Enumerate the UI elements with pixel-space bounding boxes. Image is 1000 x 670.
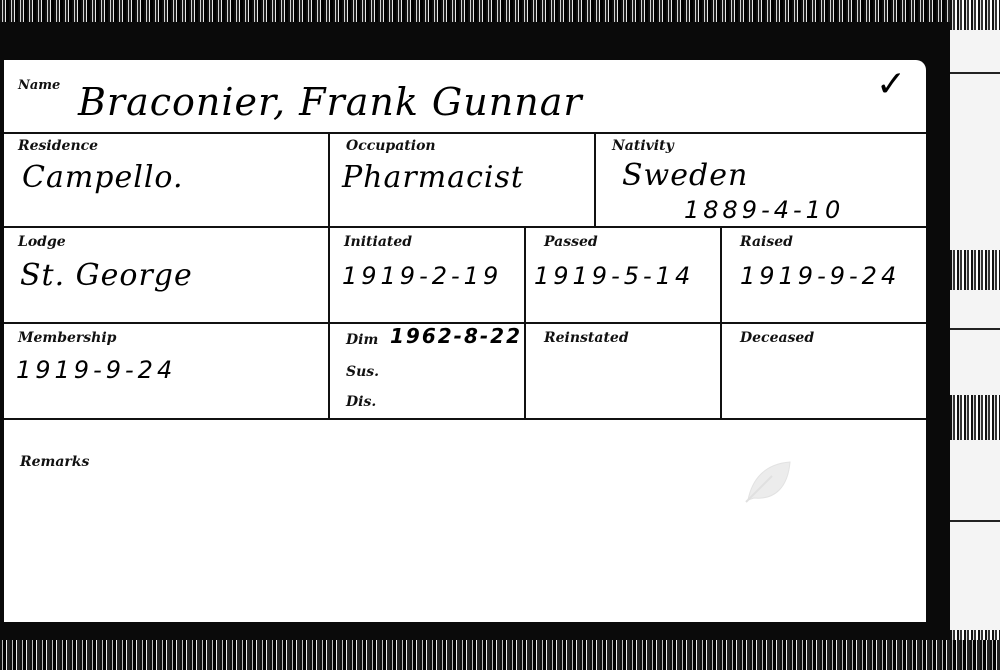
divider <box>720 226 722 418</box>
divider <box>4 226 926 228</box>
deceased-label: Deceased <box>740 330 814 346</box>
passed-value: 1919-5-14 <box>534 262 694 290</box>
occupation-label: Occupation <box>346 138 436 154</box>
occupation-value: Pharmacist <box>342 160 524 195</box>
divider <box>328 132 330 226</box>
divider <box>4 418 926 420</box>
record-card: ✓ Name Braconier, Frank Gunnar Residence… <box>4 60 926 622</box>
leaf-watermark-icon <box>742 460 794 504</box>
nativity-value: Sweden <box>622 158 748 193</box>
lodge-value: St. George <box>20 258 193 293</box>
divider <box>328 226 330 418</box>
lodge-label: Lodge <box>18 234 66 250</box>
dis-label: Dis. <box>346 394 376 410</box>
name-label: Name <box>18 78 60 93</box>
divider <box>594 132 596 226</box>
scan-artifact-bottom <box>0 640 1000 670</box>
name-value: Braconier, Frank Gunnar <box>78 80 583 124</box>
scan-artifact-top <box>0 0 1000 22</box>
raised-label: Raised <box>740 234 793 250</box>
membership-value: 1919-9-24 <box>16 356 176 384</box>
reinstated-label: Reinstated <box>544 330 629 346</box>
membership-label: Membership <box>18 330 116 346</box>
birth-date: 1889-4-10 <box>684 196 844 224</box>
divider <box>524 226 526 418</box>
residence-label: Residence <box>18 138 98 154</box>
residence-value: Campello. <box>22 160 184 195</box>
initiated-value: 1919-2-19 <box>342 262 502 290</box>
remarks-label: Remarks <box>20 454 89 470</box>
sus-label: Sus. <box>346 364 379 380</box>
raised-value: 1919-9-24 <box>740 262 900 290</box>
passed-label: Passed <box>544 234 598 250</box>
dim-value: 1962-8-22 <box>390 324 522 348</box>
check-mark: ✓ <box>876 64 906 105</box>
nativity-label: Nativity <box>612 138 674 154</box>
initiated-label: Initiated <box>344 234 412 250</box>
divider <box>4 132 926 134</box>
dim-label: Dim <box>346 332 378 348</box>
scan-artifact-right <box>950 0 1000 670</box>
